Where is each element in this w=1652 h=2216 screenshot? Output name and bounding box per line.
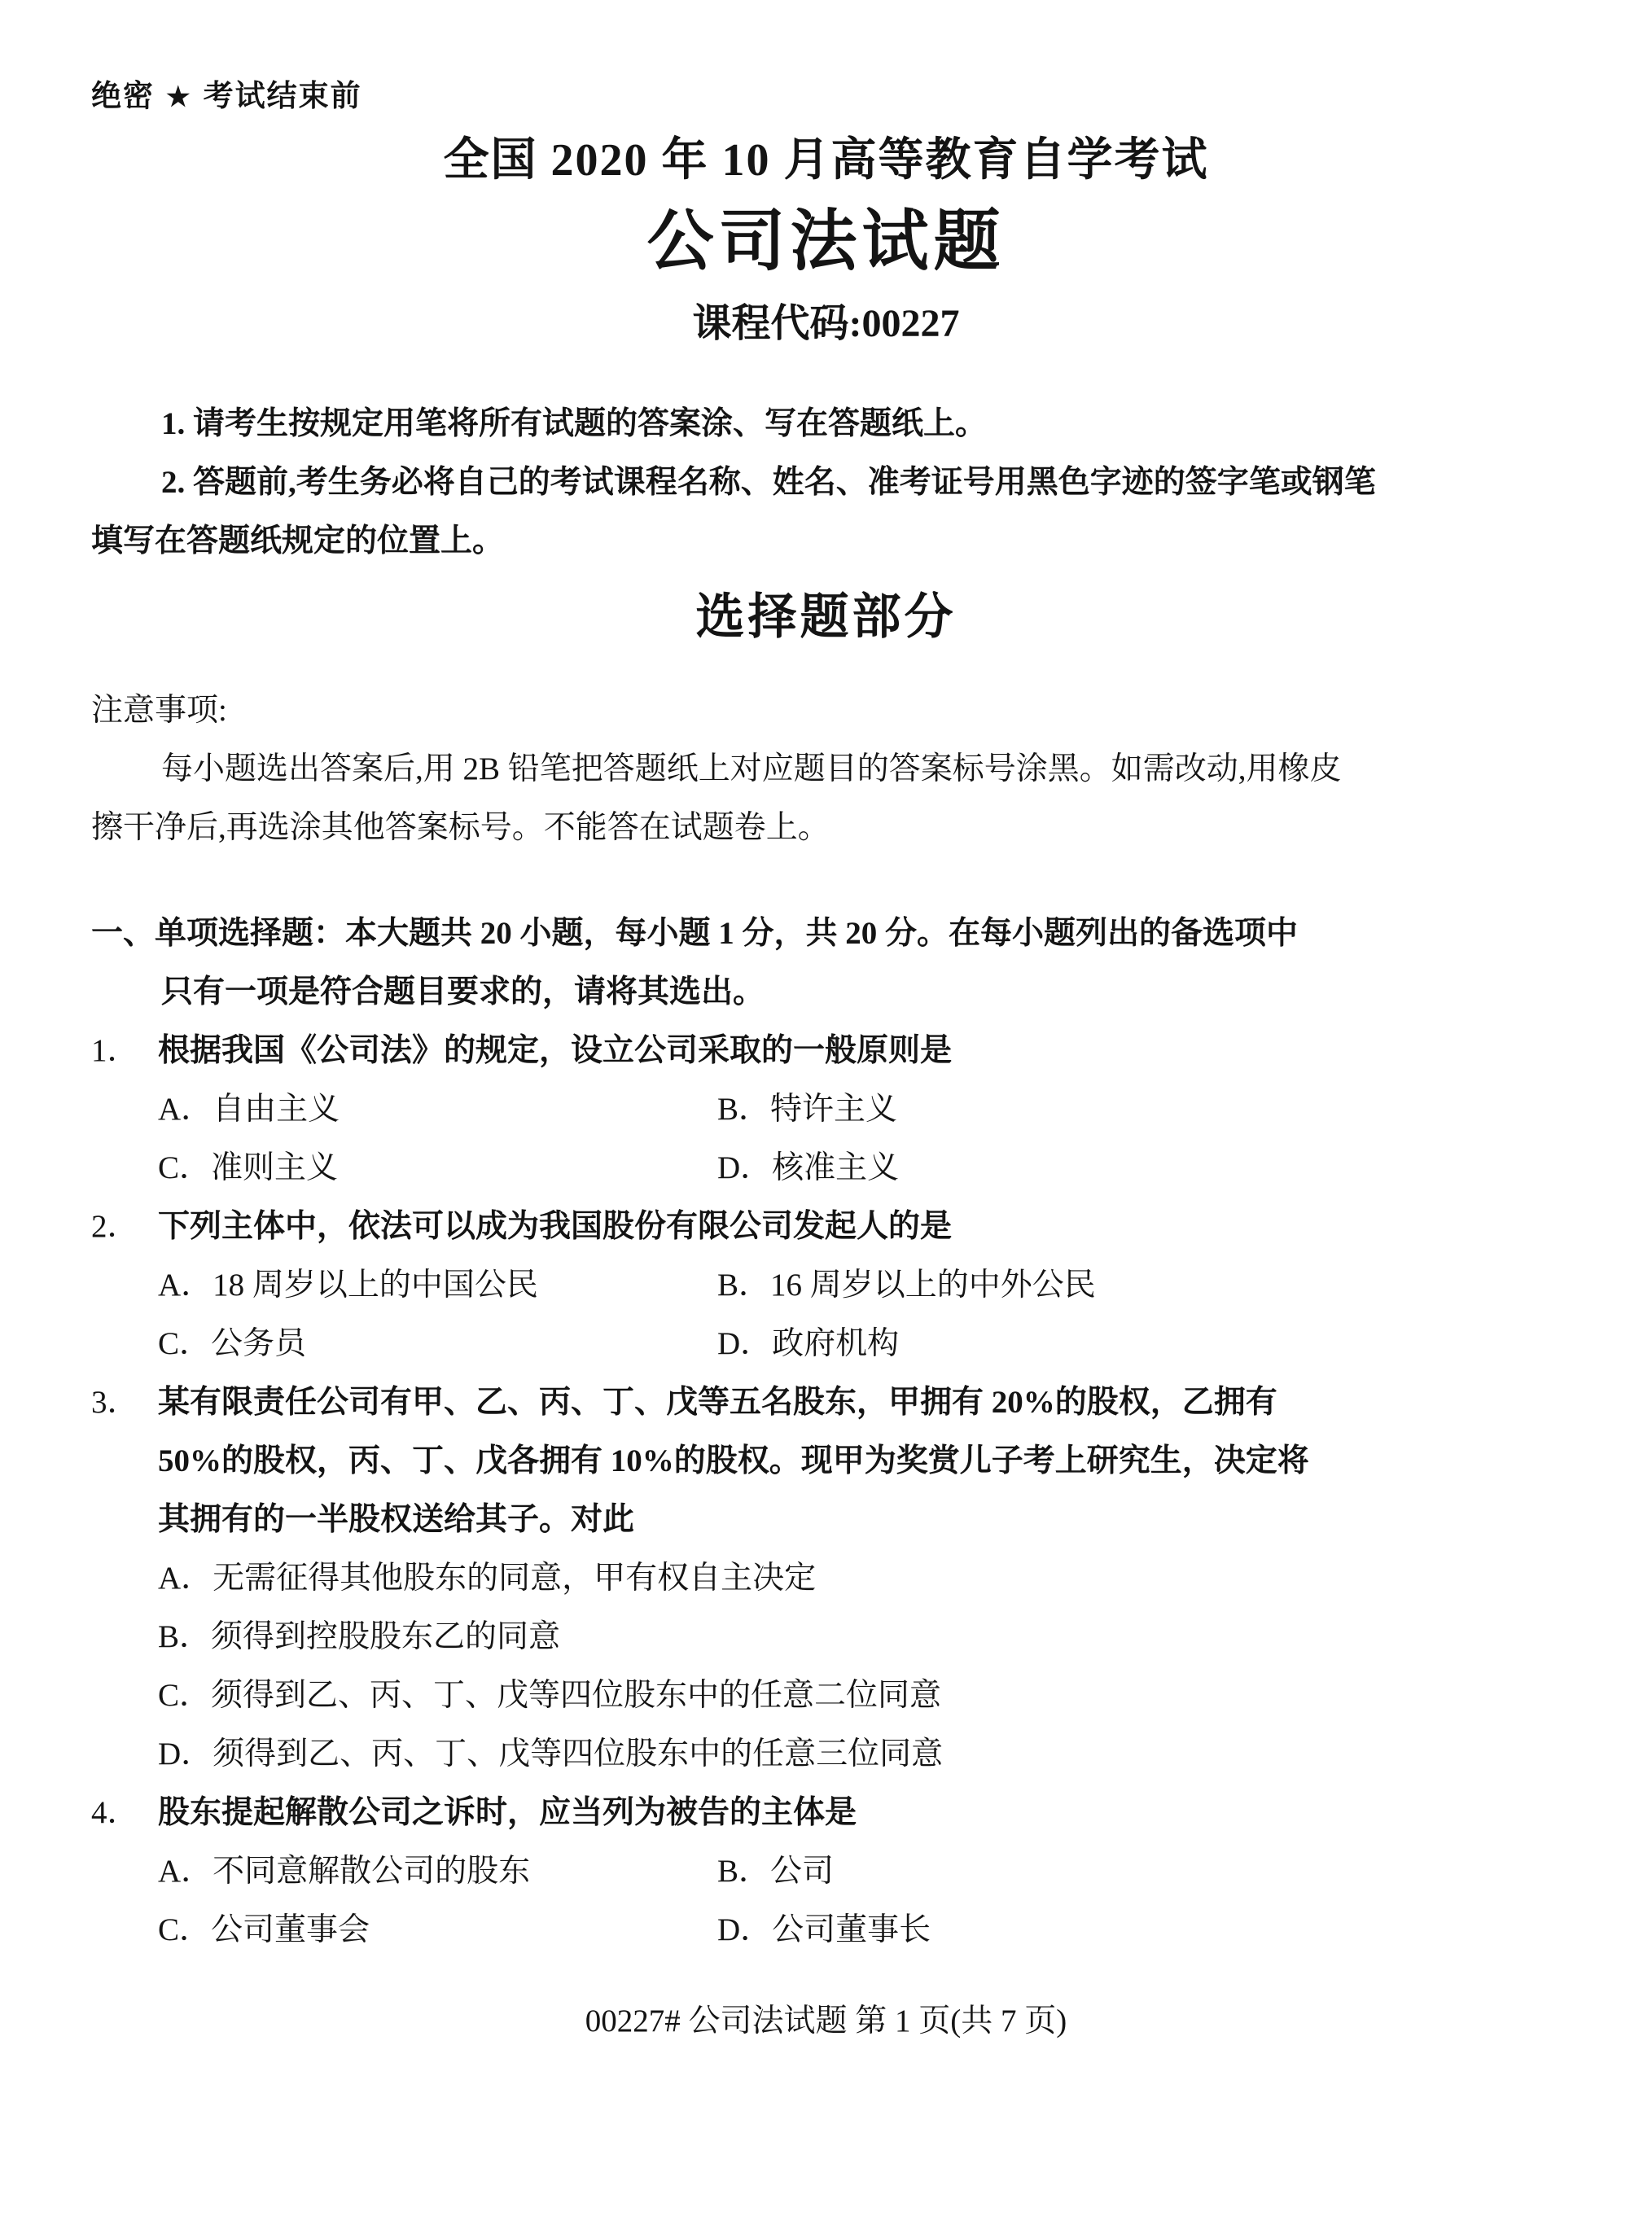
page-footer: 00227# 公司法试题 第 1 页(共 7 页) <box>91 2002 1561 2041</box>
question-3-option-d: D．须得到乙、丙、丁、戊等四位股东中的任意三位同意 <box>158 1725 1561 1784</box>
question-4-option-d: D．公司董事长 <box>717 1901 1561 1960</box>
security-period-label: 考试结束前 <box>204 80 362 113</box>
question-1-option-b: B．特许主义 <box>717 1080 1561 1139</box>
question-4: 4． 股东提起解散公司之诉时，应当列为被告的主体是 A．不同意解散公司的股东 B… <box>91 1784 1561 1960</box>
course-code: 课程代码:00227 <box>91 302 1561 346</box>
question-1-option-d: D．核准主义 <box>717 1139 1561 1198</box>
question-1-stem: 根据我国《公司法》的规定，设立公司采取的一般原则是 <box>158 1022 1561 1080</box>
instruction-1: 1. 请考生按规定用笔将所有试题的答案涂、写在答题纸上。 <box>91 395 1561 453</box>
security-level-label: 绝密 <box>91 80 155 113</box>
question-4-option-a: A．不同意解散公司的股东 <box>158 1842 717 1901</box>
question-4-options: A．不同意解散公司的股东 B．公司 C．公司董事会 D．公司董事长 <box>158 1842 1561 1960</box>
instruction-2-line1: 2. 答题前,考生务必将自己的考试课程名称、姓名、准考证号用黑色字迹的签字笔或钢… <box>91 453 1561 512</box>
question-1-option-c: C．准则主义 <box>158 1139 717 1198</box>
question-2-option-c: C．公务员 <box>158 1315 717 1373</box>
exam-title: 全国 2020 年 10 月高等教育自学考试 <box>91 134 1561 186</box>
question-2-option-d: D．政府机构 <box>717 1315 1561 1373</box>
star-icon: ★ <box>155 83 204 112</box>
question-2-option-a: A．18 周岁以上的中国公民 <box>158 1256 717 1315</box>
question-4-stem: 股东提起解散公司之诉时，应当列为被告的主体是 <box>158 1784 1561 1842</box>
question-2-number: 2． <box>91 1198 158 1256</box>
question-2-stem: 下列主体中，依法可以成为我国股份有限公司发起人的是 <box>158 1198 1561 1256</box>
security-notice: 绝密★考试结束前 <box>91 78 1561 116</box>
question-1-option-a: A．自由主义 <box>158 1080 717 1139</box>
question-3-stem-line3: 其拥有的一半股权送给其子。对此 <box>158 1491 1561 1549</box>
instruction-2-line2: 填写在答题纸规定的位置上。 <box>91 512 1561 571</box>
question-3-stem-line2: 50%的股权，丙、丁、戊各拥有 10%的股权。现甲为奖赏儿子考上研究生，决定将 <box>158 1432 1561 1491</box>
question-3-options: A．无需征得其他股东的同意，甲有权自主决定 B．须得到控股股东乙的同意 C．须得… <box>158 1549 1561 1784</box>
question-1-number: 1． <box>91 1022 158 1080</box>
paper-title: 公司法试题 <box>91 204 1561 279</box>
question-4-option-c: C．公司董事会 <box>158 1901 717 1960</box>
question-3-number: 3． <box>91 1373 158 1432</box>
part1-heading-line1: 一、单项选择题：本大题共 20 小题，每小题 1 分，共 20 分。在每小题列出… <box>91 904 1561 963</box>
question-3-stem-line1: 某有限责任公司有甲、乙、丙、丁、戊等五名股东，甲拥有 20%的股权，乙拥有 <box>158 1373 1561 1432</box>
question-1-options: A．自由主义 B．特许主义 C．准则主义 D．核准主义 <box>158 1080 1561 1198</box>
question-3-option-c: C．须得到乙、丙、丁、戊等四位股东中的任意二位同意 <box>158 1666 1561 1725</box>
notes-line-2: 擦干净后,再选涂其他答案标号。不能答在试题卷上。 <box>91 799 1561 857</box>
question-2-option-b: B．16 周岁以上的中外公民 <box>717 1256 1561 1315</box>
part1-heading-line2: 只有一项是符合题目要求的，请将其选出。 <box>91 963 1561 1022</box>
question-3: 3． 某有限责任公司有甲、乙、丙、丁、戊等五名股东，甲拥有 20%的股权，乙拥有… <box>91 1373 1561 1784</box>
question-4-option-b: B．公司 <box>717 1842 1561 1901</box>
notes-heading: 注意事项: <box>91 681 1561 740</box>
question-2-options: A．18 周岁以上的中国公民 B．16 周岁以上的中外公民 C．公务员 D．政府… <box>158 1256 1561 1373</box>
question-4-number: 4． <box>91 1784 158 1842</box>
exam-paper-page: 绝密★考试结束前 全国 2020 年 10 月高等教育自学考试 公司法试题 课程… <box>0 0 1652 2216</box>
section-title: 选择题部分 <box>91 585 1561 649</box>
notes-line-1: 每小题选出答案后,用 2B 铅笔把答题纸上对应题目的答案标号涂黑。如需改动,用橡… <box>91 740 1561 799</box>
question-2: 2． 下列主体中，依法可以成为我国股份有限公司发起人的是 A．18 周岁以上的中… <box>91 1198 1561 1373</box>
question-3-option-b: B．须得到控股股东乙的同意 <box>158 1608 1561 1666</box>
question-3-option-a: A．无需征得其他股东的同意，甲有权自主决定 <box>158 1549 1561 1608</box>
question-1: 1． 根据我国《公司法》的规定，设立公司采取的一般原则是 A．自由主义 B．特许… <box>91 1022 1561 1198</box>
